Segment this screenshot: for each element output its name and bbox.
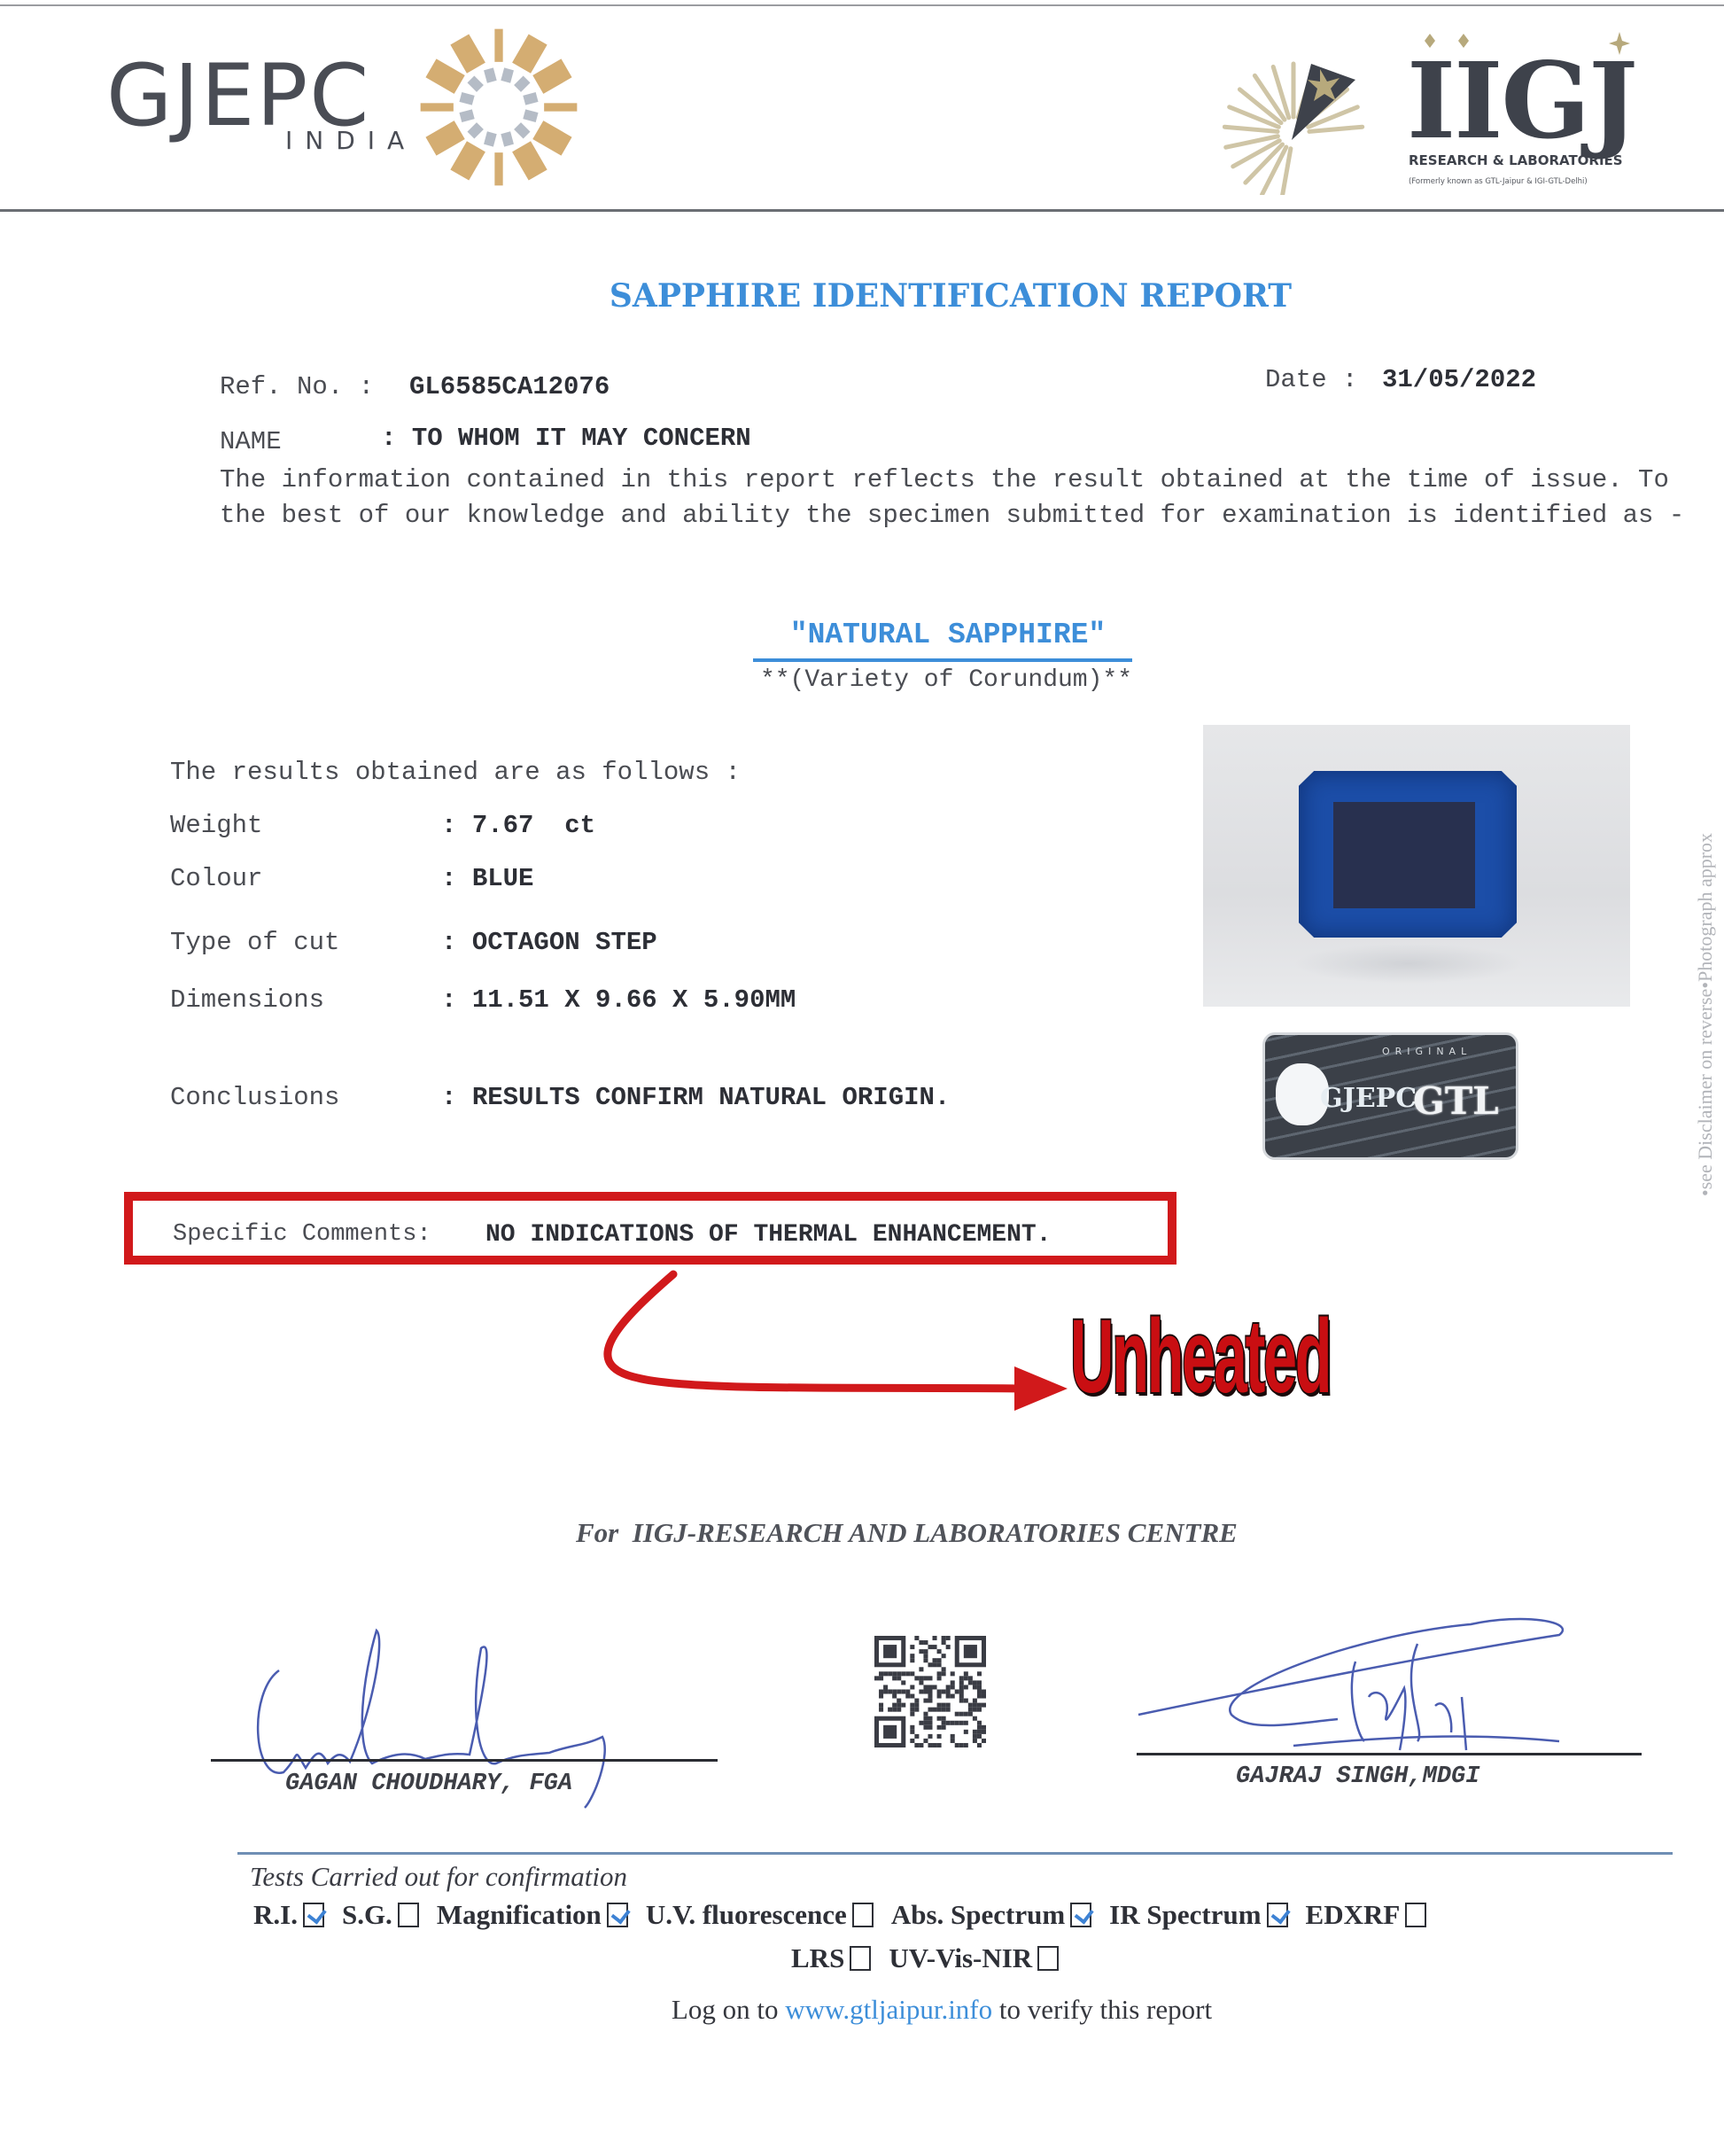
signatory-right-name: GAJRAJ SINGH,MDGI [1236,1763,1479,1790]
test-label: S.G. [342,1899,392,1931]
verify-prefix: Log on to [672,1994,779,2025]
comments-value: NO INDICATIONS OF THERMAL ENHANCEMENT. [485,1221,1052,1249]
tests-title: Tests Carried out for confirmation [250,1861,627,1893]
empty-checkbox[interactable] [1405,1903,1426,1927]
iigj-logo-wordmark: IIGJ [1407,49,1636,153]
test-label: Magnification [437,1899,602,1931]
issuing-centre-line: For IIGJ-RESEARCH AND LABORATORIES CENTR… [576,1517,1238,1549]
test-label: LRS [791,1942,844,1974]
iigj-logo-subtitle: RESEARCH & LABORATORIES [1409,152,1623,168]
result-label: Conclusions [170,1083,339,1112]
gjepc-logo-subtitle: INDIA [285,126,416,155]
identification-result: "NATURAL SAPPHIRE" [0,619,1724,651]
signature-line-left [211,1759,718,1762]
result-label: Dimensions [170,985,324,1015]
checked-checkbox[interactable] [607,1903,628,1927]
test-item: UV-Vis-NIR [889,1942,1059,1974]
name-label: NAME [220,427,282,456]
test-label: Abs. Spectrum [891,1899,1065,1931]
test-item: U.V. fluorescence [646,1899,874,1931]
test-label: IR Spectrum [1109,1899,1261,1931]
test-item: S.G. [342,1899,419,1931]
logo-star-accents-icon [1417,30,1630,57]
gem-table-facet [1333,802,1475,908]
result-value: : 7.67 ct [441,811,595,840]
checked-checkbox[interactable] [303,1903,324,1927]
result-value: : RESULTS CONFIRM NATURAL ORIGIN. [441,1083,950,1112]
test-item: EDXRF [1306,1899,1427,1931]
checked-checkbox[interactable] [1070,1903,1091,1927]
hologram-banner: ORIGINAL [1382,1046,1472,1057]
test-item: Magnification [437,1899,628,1931]
result-value: : 11.51 X 9.66 X 5.90MM [441,985,796,1015]
result-value: : OCTAGON STEP [441,928,657,957]
report-title: SAPPHIRE IDENTIFICATION REPORT [0,277,1724,315]
test-item: IR Spectrum [1109,1899,1287,1931]
iigj-starburst-icon [1223,27,1382,195]
name-value: : TO WHOM IT MAY CONCERN [381,424,751,453]
qr-code[interactable] [874,1636,986,1747]
ref-label: Ref. No. : [220,372,389,401]
comments-label: Specific Comments: [173,1221,431,1248]
hologram-gtl-text: GTL [1413,1079,1499,1123]
test-label: UV-Vis-NIR [889,1942,1032,1974]
header-divider [0,209,1724,212]
top-border-rule [0,4,1724,6]
empty-checkbox[interactable] [1037,1946,1059,1971]
iigj-former-names: (Formerly known as GTL-Jaipur & IGI-GTL-… [1409,177,1588,186]
verify-line: Log on to www.gtljaipur.info to verify t… [0,1994,1724,2026]
arrow-right-icon [585,1267,1081,1422]
signature-line-right [1137,1753,1642,1755]
gjepc-sunburst-icon [416,25,581,190]
test-item: Abs. Spectrum [891,1899,1091,1931]
signature-right-icon [1134,1617,1648,1768]
date-label: Date : [1265,365,1373,394]
tests-divider [237,1852,1673,1855]
checked-checkbox[interactable] [1267,1903,1288,1927]
empty-checkbox[interactable] [398,1903,419,1927]
empty-checkbox[interactable] [852,1903,874,1927]
verify-link[interactable]: www.gtljaipur.info [785,1994,992,2025]
intro-paragraph: The information contained in this report… [220,463,1690,533]
test-item: R.I. [253,1899,324,1931]
test-label: U.V. fluorescence [646,1899,847,1931]
result-label: Weight [170,811,262,840]
tests-row-secondary: LRSUV-Vis-NIR [791,1942,1076,1974]
side-disclaimer: •see Disclaimer on reverse•Photograph ap… [1694,833,1717,1196]
empty-checkbox[interactable] [850,1946,871,1971]
result-value: : BLUE [441,864,533,893]
verify-suffix: to verify this report [999,1994,1212,2025]
signatory-left-name: GAGAN CHOUDHARY, FGA [285,1771,572,1797]
ref-number: GL6585CA12076 [409,372,610,401]
gem-reflection [1293,944,1524,984]
test-label: R.I. [253,1899,298,1931]
identification-underline [753,658,1132,662]
results-intro: The results obtained are as follows : [170,758,741,787]
result-label: Colour [170,864,262,893]
test-label: EDXRF [1306,1899,1401,1931]
result-label: Type of cut [170,928,339,957]
tests-row-primary: R.I.S.G.MagnificationU.V. fluorescenceAb… [253,1899,1444,1931]
hologram-gjepc-text: GJEPC [1320,1083,1417,1114]
report-date: 31/05/2022 [1382,365,1536,394]
variety-note: **(Variety of Corundum)** [0,666,1724,694]
unheated-annotation: Unheated [1070,1304,1330,1409]
test-item: LRS [791,1942,871,1974]
